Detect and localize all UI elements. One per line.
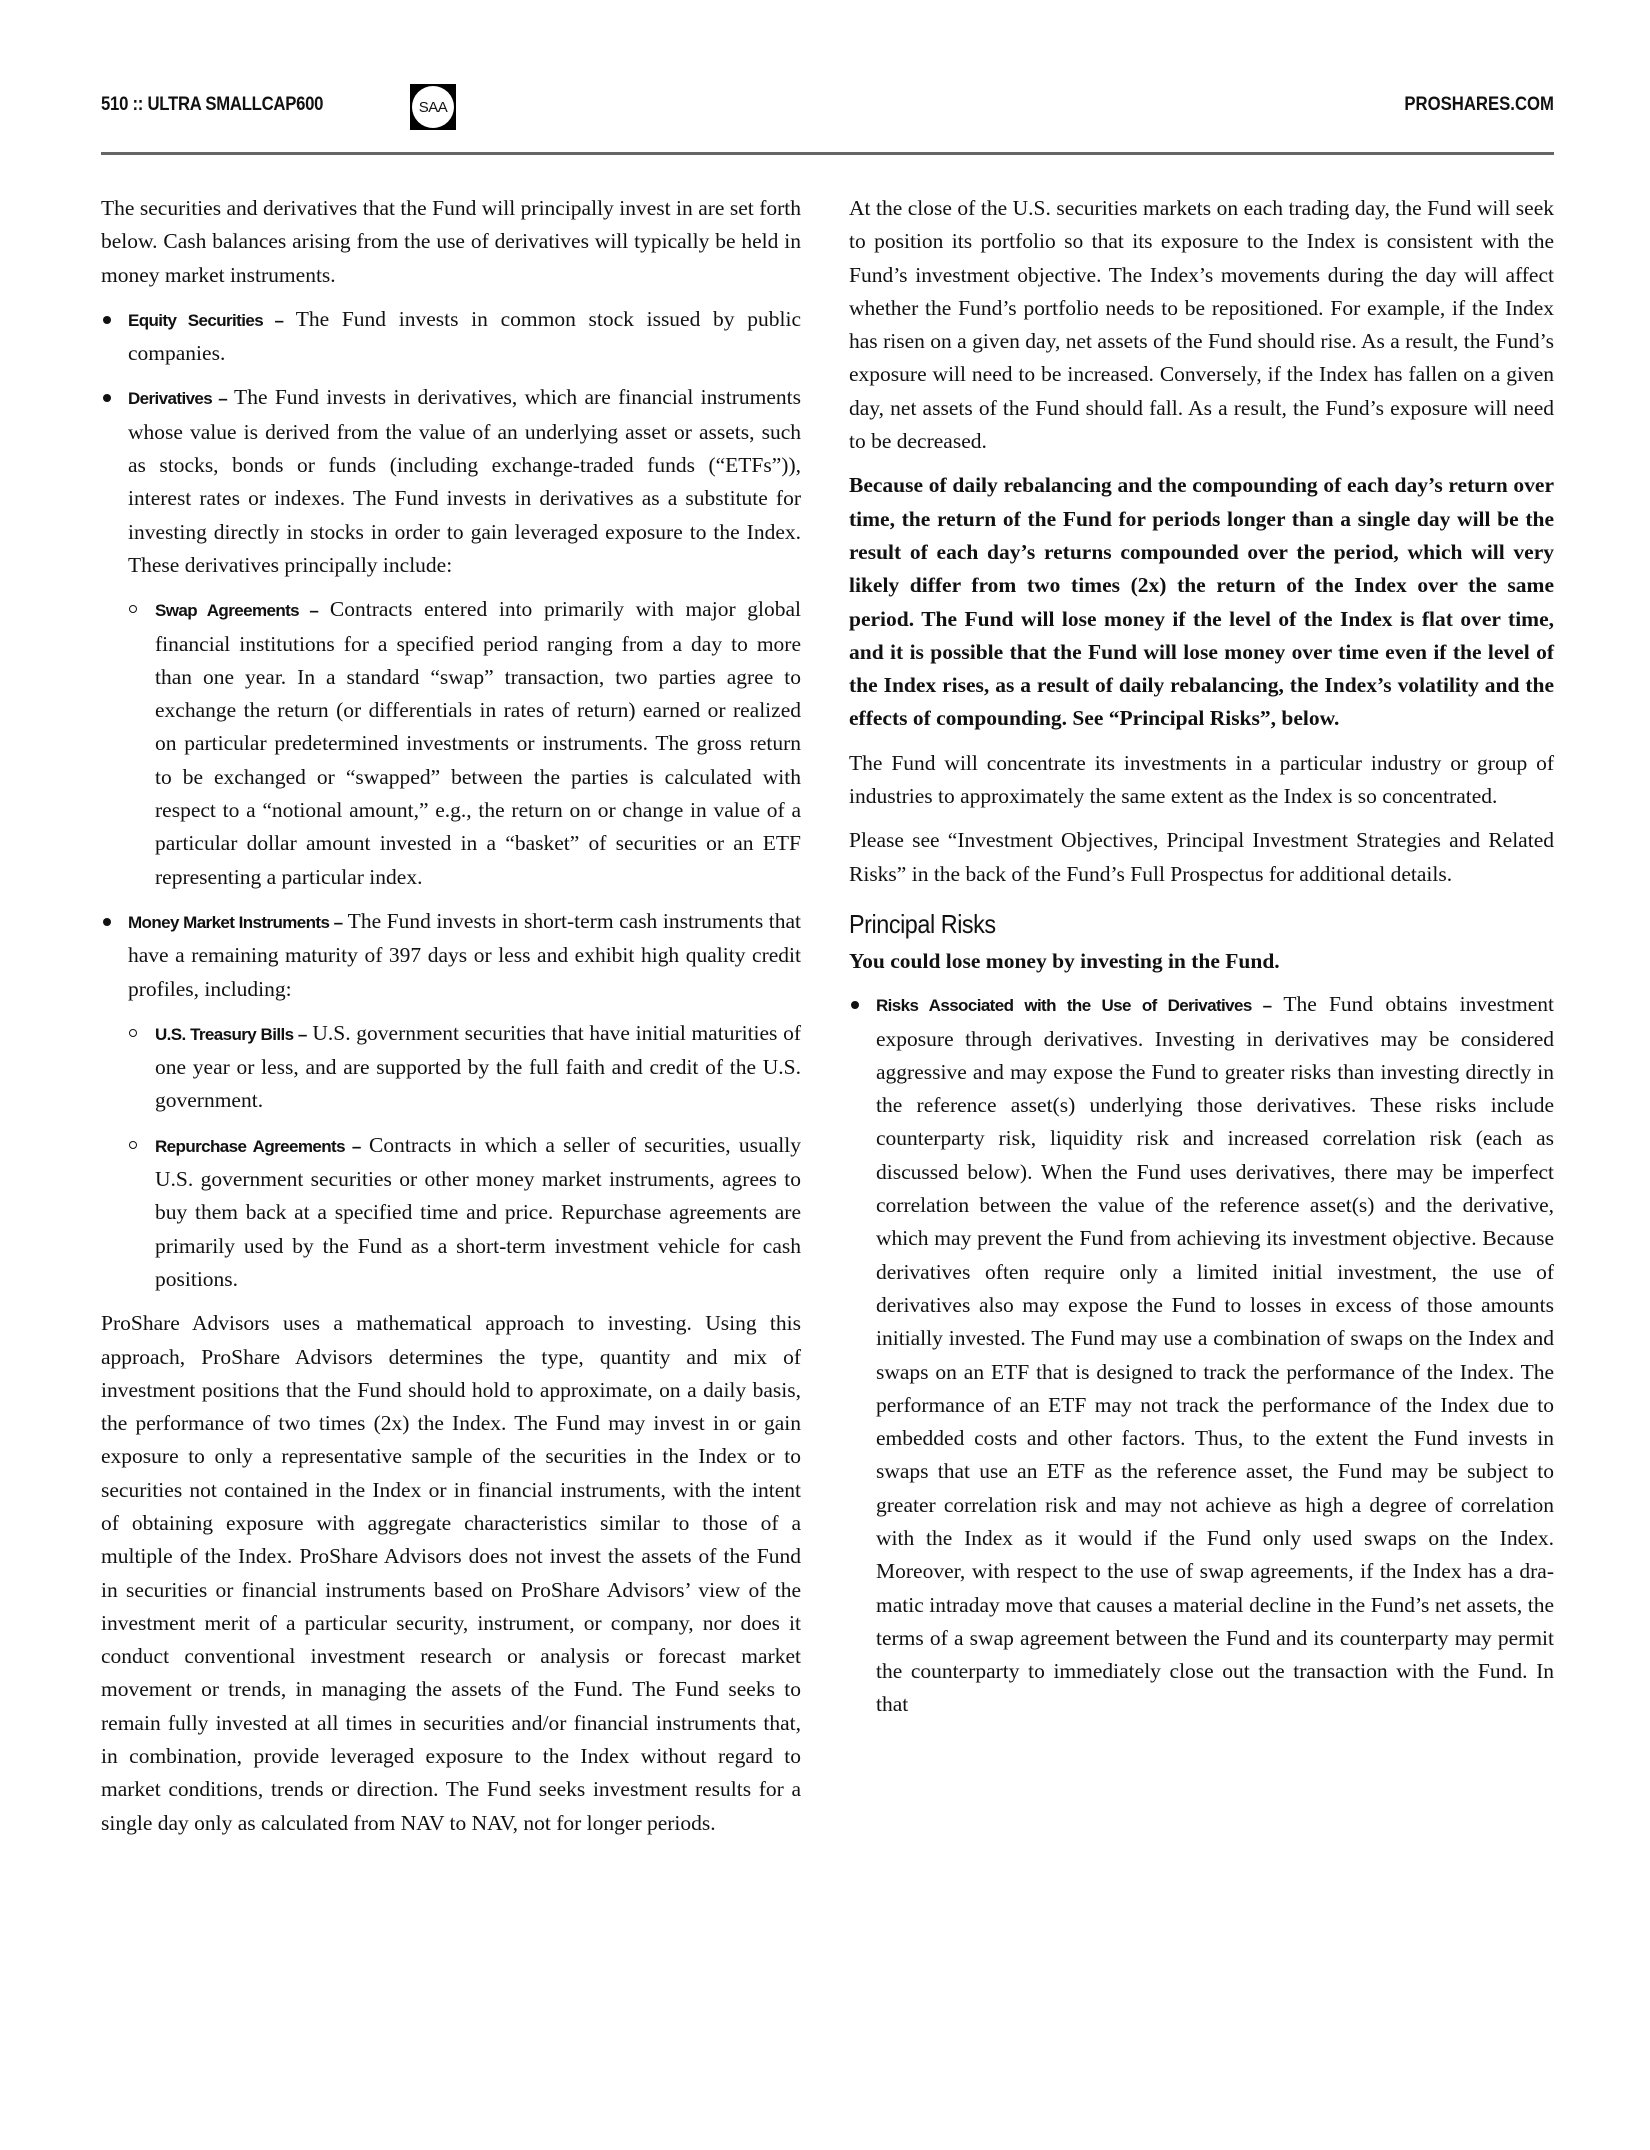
sub-item-treasury-bills: U.S. Treasury Bills – U.S. government se…: [128, 1017, 801, 1118]
term-description: Contracts entered into primarily with ma…: [155, 597, 801, 888]
section-heading-principal-risks: Principal Risks: [849, 907, 1484, 941]
rebalance-paragraph: At the close of the U.S. securities mark…: [849, 192, 1554, 458]
term-label: Risks Associated with the Use of Derivat…: [876, 996, 1272, 1015]
list-item-derivatives: Derivatives – The Fund invests in deriva…: [101, 381, 801, 582]
term-description: The Fund invests in derivatives, which a…: [128, 385, 801, 576]
term-label: Money Market Instruments –: [128, 913, 343, 932]
term-label: Equity Securities –: [128, 311, 283, 330]
term-label: Swap Agreements –: [155, 601, 318, 620]
ticker-logo-icon: SAA: [410, 84, 456, 130]
intro-paragraph: The securities and derivatives that the …: [101, 192, 801, 292]
list-item-money-market-instruments: Money Market Instruments – The Fund inve…: [101, 905, 801, 1006]
section-subheading: You could lose money by investing in the…: [849, 945, 1554, 978]
sub-item-swap-agreements: Swap Agreements – Contracts entered into…: [128, 593, 801, 894]
term-label: Derivatives –: [128, 389, 227, 408]
term-label: U.S. Treasury Bills –: [155, 1025, 307, 1044]
see-also-paragraph: Please see “Investment Objectives, Princ…: [849, 824, 1554, 891]
left-column: The securities and derivatives that the …: [101, 192, 801, 1851]
site-name: PROSHARES.COM: [1404, 94, 1554, 116]
approach-paragraph: ProShare Advisors uses a mathematical ap…: [101, 1307, 801, 1840]
list-item-equity-securities: Equity Securities – The Fund invests in …: [101, 303, 801, 371]
list-item-derivatives-risk: Risks Associated with the Use of Derivat…: [849, 988, 1554, 1722]
sub-item-repurchase-agreements: Repurchase Agreements – Contracts in whi…: [128, 1129, 801, 1296]
concentration-paragraph: The Fund will concentrate its investment…: [849, 747, 1554, 814]
compounding-warning: Because of daily rebalancing and the com…: [849, 469, 1554, 735]
header-divider: [101, 152, 1554, 155]
page-label: 510 :: ULTRA SMALLCAP600: [101, 94, 323, 116]
term-label: Repurchase Agreements –: [155, 1137, 361, 1156]
term-description: The Fund obtains investment exposure thr…: [876, 992, 1554, 1716]
page-header: 510 :: ULTRA SMALLCAP600 SAA PROSHARES.C…: [101, 84, 1554, 154]
right-column: At the close of the U.S. securities mark…: [849, 192, 1554, 1733]
ticker-logo-text: SAA: [412, 86, 454, 128]
term-description: Contracts in which a seller of secu­riti…: [155, 1133, 801, 1291]
